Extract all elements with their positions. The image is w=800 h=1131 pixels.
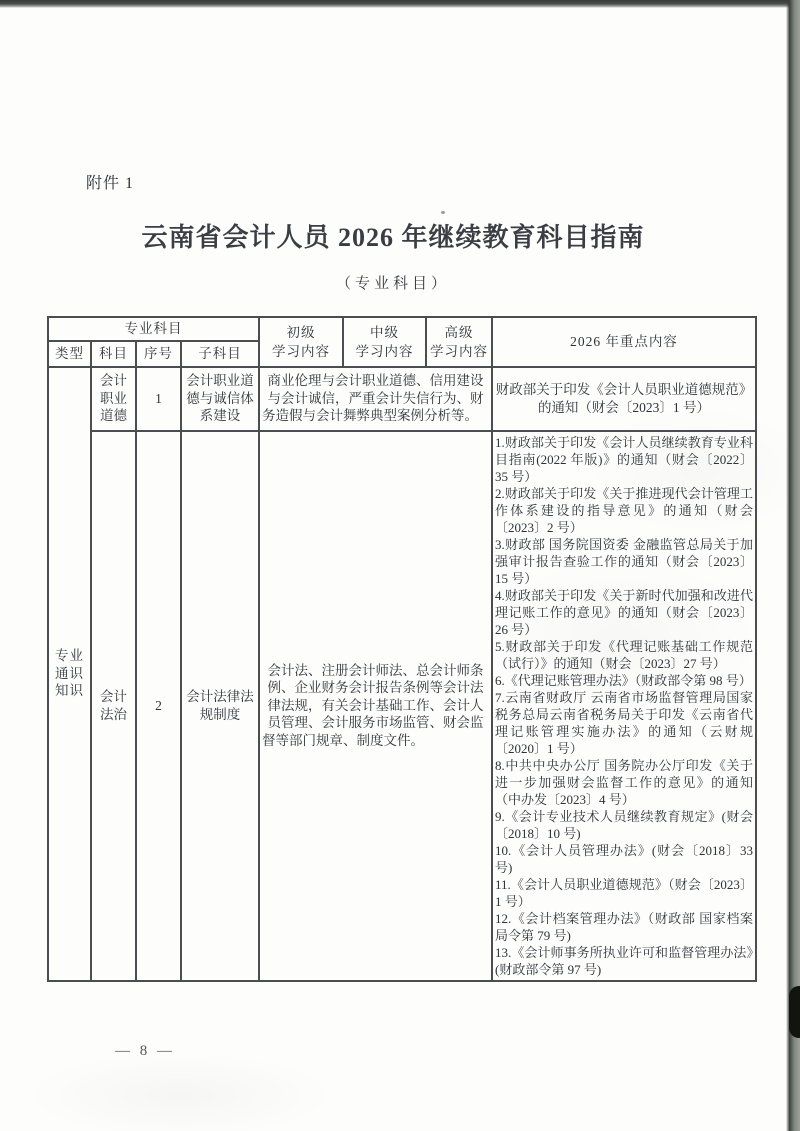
key-content-item: 1.财政部关于印发《会计人员继续教育专业科目指南(2022 年版)》的通知（财会… bbox=[495, 434, 753, 485]
document-title: 云南省会计人员 2026 年继续教育科目指南 bbox=[0, 217, 786, 254]
key-content-item: 8.中共中央办公厅 国务院办公厅印发《关于进一步加强财会监督工作的意见》的通知（… bbox=[495, 757, 753, 808]
key-content-item: 10.《会计人员管理办法》(财会〔2018〕33 号) bbox=[495, 842, 753, 876]
header-sub-subject: 子科目 bbox=[181, 341, 259, 367]
header-intermediate-line1: 中级 bbox=[346, 323, 423, 342]
key-content-item: 9.《会计专业技术人员继续教育规定》(财会〔2018〕10 号) bbox=[495, 808, 753, 842]
key-content-item: 3.财政部 国务院国资委 金融监管总局关于加强审计报告查验工作的通知（财会〔20… bbox=[495, 536, 753, 587]
key-content-item: 7.云南省财政厅 云南省市场监督管理局国家税务总局云南省税务局关于印发《云南省代… bbox=[495, 689, 753, 757]
scan-edge-top bbox=[0, 0, 800, 8]
header-subject: 科目 bbox=[91, 341, 136, 367]
key-content-item: 2.财政部关于印发《关于推进现代会计管理工作体系建设的指导意见》的通知（财会〔2… bbox=[495, 485, 753, 536]
header-intermediate-line2: 学习内容 bbox=[346, 342, 423, 361]
cell-type-label: 专业通识知识 bbox=[48, 367, 91, 981]
cell-sub-subject: 会计职业道德与诚信体系建设 bbox=[181, 367, 259, 431]
header-intermediate-learning: 中级 学习内容 bbox=[343, 317, 426, 367]
scanned-document-page: 附件 1 云南省会计人员 2026 年继续教育科目指南 （专业科目） 专业科目 … bbox=[0, 0, 800, 1131]
cell-sub-subject: 会计法律法规制度 bbox=[181, 431, 259, 981]
header-junior-line1: 初级 bbox=[262, 323, 340, 342]
table-header-row-1: 专业科目 初级 学习内容 中级 学习内容 高级 学习内容 2026 年重点内容 bbox=[48, 317, 756, 341]
cell-key-content: 财政部关于印发《会计人员职业道德规范》的通知（财会〔2023〕1 号） bbox=[492, 367, 756, 431]
scan-edge-right bbox=[786, 0, 800, 1131]
scan-speckle bbox=[441, 211, 445, 214]
header-senior-learning: 高级 学习内容 bbox=[426, 317, 492, 367]
key-content-item: 11.《会计人员职业道德规范》（财会〔2023〕1 号） bbox=[495, 876, 753, 910]
attachment-label: 附件 1 bbox=[86, 170, 134, 193]
header-type: 类型 bbox=[48, 341, 91, 367]
subject-guide-table: 专业科目 初级 学习内容 中级 学习内容 高级 学习内容 2026 年重点内容 … bbox=[47, 316, 757, 982]
cell-learning-content: 会计法、注册会计师法、总会计师条例、企业财务会计报告条例等会计法律法规，有关会计… bbox=[259, 431, 492, 981]
key-content-item: 13.《会计师事务所执业许可和监督管理办法》(财政部令第 97 号) bbox=[495, 944, 753, 978]
table-row: 专业通识知识 会计职业道德 1 会计职业道德与诚信体系建设 商业伦理与会计职业道… bbox=[48, 367, 756, 431]
cell-key-content-list: 1.财政部关于印发《会计人员继续教育专业科目指南(2022 年版)》的通知（财会… bbox=[492, 431, 756, 981]
document-subtitle: （专业科目） bbox=[0, 272, 786, 293]
key-content-item: 12.《会计档案管理办法》（财政部 国家档案局令第 79 号) bbox=[495, 910, 753, 944]
cell-subject: 会计法治 bbox=[91, 431, 136, 981]
key-content-item: 5.财政部关于印发《代理记账基础工作规范（试行）》的通知（财会〔2023〕27 … bbox=[495, 638, 753, 672]
header-index: 序号 bbox=[136, 341, 181, 367]
page-number: — 8 — bbox=[115, 1043, 175, 1060]
header-key-content-2026: 2026 年重点内容 bbox=[492, 317, 756, 367]
cell-index: 1 bbox=[136, 367, 181, 431]
key-content-item: 6.《代理记账管理办法》（财政部令第 98 号） bbox=[495, 672, 753, 689]
scan-ink-blob bbox=[789, 986, 800, 1038]
cell-index: 2 bbox=[136, 431, 181, 981]
header-junior-line2: 学习内容 bbox=[262, 342, 340, 361]
cell-subject: 会计职业道德 bbox=[91, 367, 136, 431]
key-content-item: 4.财政部关于印发《关于新时代加强和改进代理记账工作的意见》的通知（财会〔202… bbox=[495, 587, 753, 638]
cell-learning-content: 商业伦理与会计职业道德、信用建设与会计诚信，严重会计失信行为、财务造假与会计舞弊… bbox=[259, 367, 492, 431]
header-junior-learning: 初级 学习内容 bbox=[259, 317, 343, 367]
table-row: 会计法治 2 会计法律法规制度 会计法、注册会计师法、总会计师条例、企业财务会计… bbox=[48, 431, 756, 981]
header-senior-line1: 高级 bbox=[429, 323, 489, 342]
header-senior-line2: 学习内容 bbox=[429, 342, 489, 361]
header-professional-subjects: 专业科目 bbox=[48, 317, 259, 341]
